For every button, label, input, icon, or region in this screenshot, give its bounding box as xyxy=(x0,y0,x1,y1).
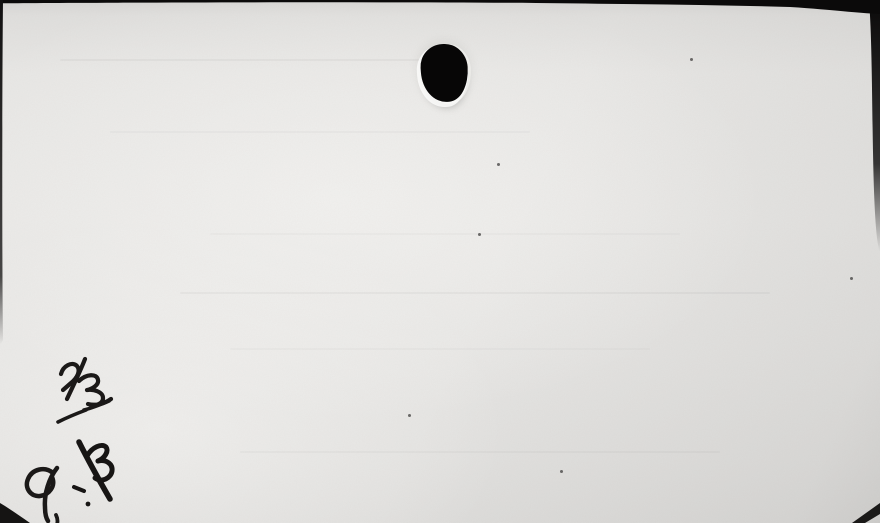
faint-rule-line xyxy=(110,131,530,133)
scan-edge-left xyxy=(0,0,3,345)
crossed-letter-mark-reading: B (struck through) xyxy=(0,0,1,1)
scan-edge-top xyxy=(0,0,880,14)
punch-hole xyxy=(419,42,470,103)
paper-speck xyxy=(560,470,563,473)
initial-mark-reading: P xyxy=(0,0,1,1)
paper-speck xyxy=(478,233,481,236)
handwritten-fraction-mark xyxy=(58,359,111,422)
paper-speck xyxy=(850,277,853,280)
handwritten-initial-mark xyxy=(27,468,58,523)
scan-edge-right xyxy=(869,0,880,252)
faint-rule-line xyxy=(60,59,440,61)
handwritten-crossed-letter-mark xyxy=(74,442,112,506)
paper-speck xyxy=(497,163,500,166)
paper-speck xyxy=(408,414,411,417)
scan-corner-bottom-left xyxy=(0,503,30,523)
fraction-mark-reading: 2/3 xyxy=(0,0,1,1)
card-surface: 2/3 P B (struck through) xyxy=(0,0,880,523)
faint-rule-line xyxy=(180,292,770,294)
faint-rule-line xyxy=(240,451,720,453)
faint-rule-line xyxy=(210,233,680,235)
faint-rule-line xyxy=(230,348,650,350)
paper-speck xyxy=(690,58,693,61)
scan-corner-bottom-right xyxy=(852,503,880,523)
